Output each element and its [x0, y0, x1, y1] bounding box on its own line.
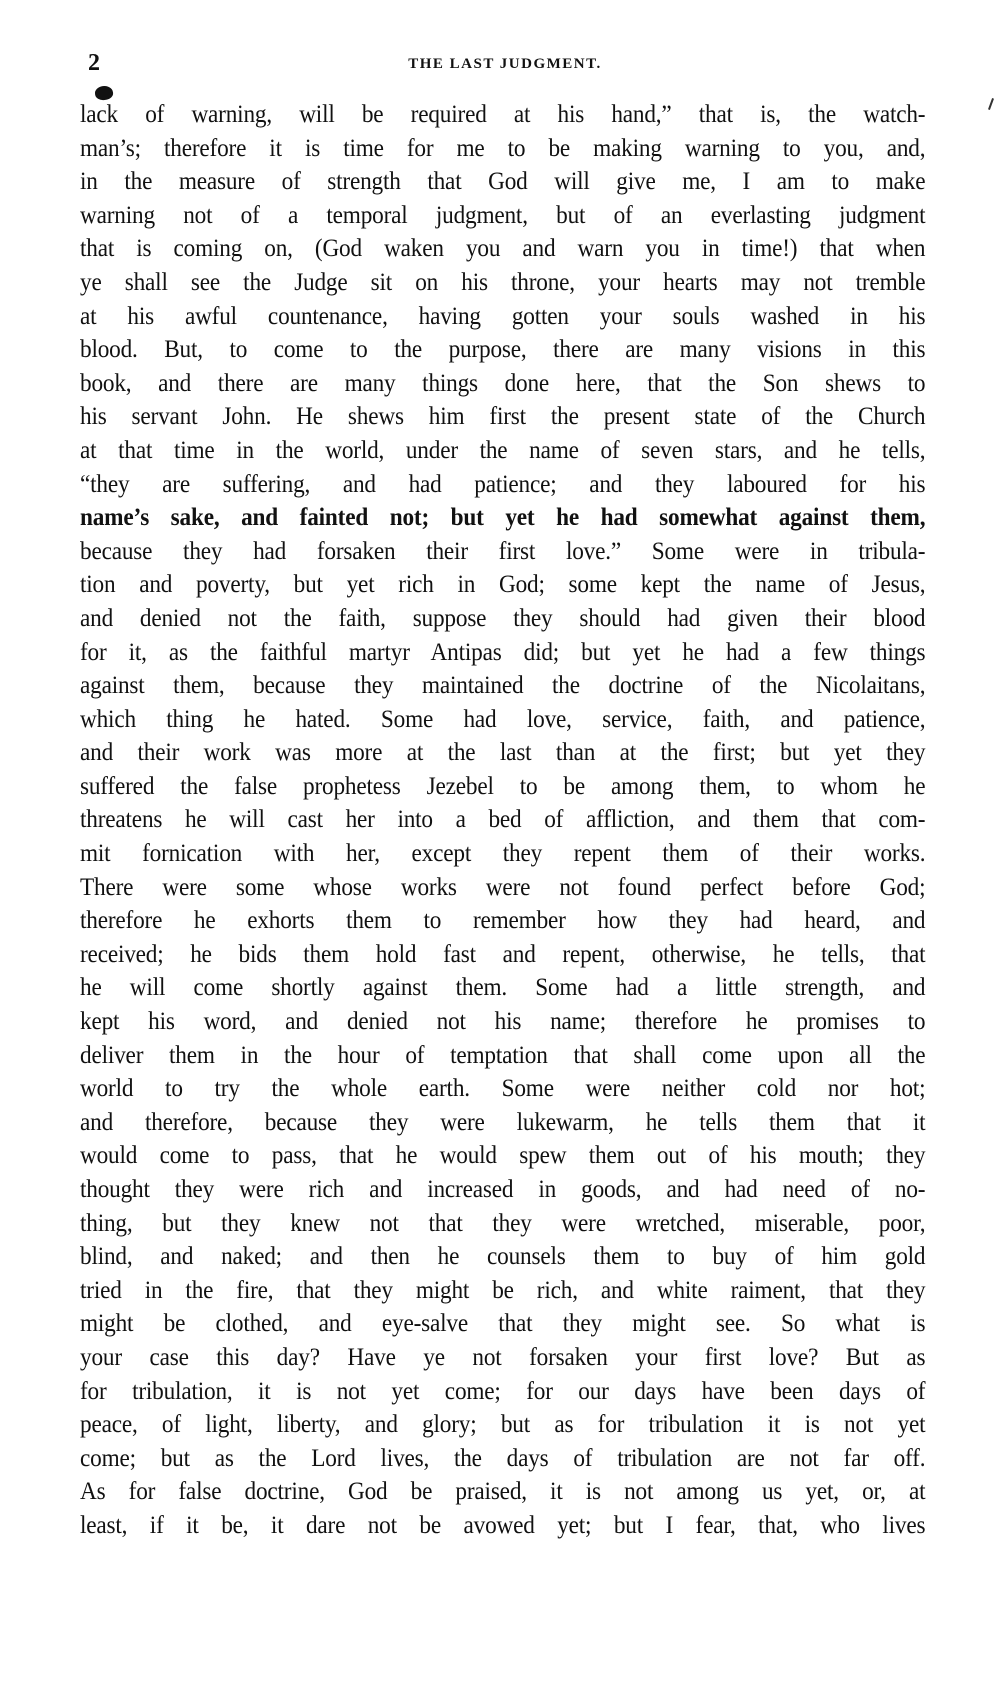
stray-pen-mark [988, 98, 994, 110]
body-text: lack of warning, will be required at his… [80, 98, 925, 1543]
text-line: which thing he hated. Some had love, ser… [80, 703, 925, 737]
text-line: “they are suffering, and had patience; a… [80, 468, 925, 502]
text-line: There were some whose works were not fou… [80, 871, 925, 905]
text-line: and their work was more at the last than… [80, 736, 925, 770]
text-line: for tribulation, it is not yet come; for… [80, 1375, 925, 1409]
book-page: 2 THE LAST JUDGMENT. lack of warning, wi… [0, 0, 1000, 1691]
text-line: book, and there are many things done her… [80, 367, 925, 401]
text-line: thought they were rich and increased in … [80, 1173, 925, 1207]
text-line: ye shall see the Judge sit on his throne… [80, 266, 925, 300]
text-line: would come to pass, that he would spew t… [80, 1139, 925, 1173]
text-line: mit fornication with her, except they re… [80, 837, 925, 871]
text-line: peace, of light, liberty, and glory; but… [80, 1408, 925, 1442]
text-line: against them, because they maintained th… [80, 669, 925, 703]
text-line: might be clothed, and eye-salve that the… [80, 1307, 925, 1341]
text-line: blood. But, to come to the purpose, ther… [80, 333, 925, 367]
text-line: tried in the fire, that they might be ri… [80, 1274, 925, 1308]
text-line: therefore he exhorts them to remember ho… [80, 904, 925, 938]
text-line: lack of warning, will be required at his… [80, 98, 925, 132]
text-line: and therefore, because they were lukewar… [80, 1106, 925, 1140]
text-line: tion and poverty, but yet rich in God; s… [80, 568, 925, 602]
text-line: man’s; therefore it is time for me to be… [80, 132, 925, 166]
text-line: that is coming on, (God waken you and wa… [80, 232, 925, 266]
text-line: suffered the false prophetess Jezebel to… [80, 770, 925, 804]
text-line: thing, but they knew not that they were … [80, 1207, 925, 1241]
text-line: blind, and naked; and then he counsels t… [80, 1240, 925, 1274]
text-line: and denied not the faith, suppose they s… [80, 602, 925, 636]
text-line: in the measure of strength that God will… [80, 165, 925, 199]
text-line: deliver them in the hour of temptation t… [80, 1039, 925, 1073]
text-line: his servant John. He shews him first the… [80, 400, 925, 434]
text-line: at his awful countenance, having gotten … [80, 300, 925, 334]
running-header: 2 THE LAST JUDGMENT. [80, 48, 930, 78]
text-line: for it, as the faithful martyr Antipas d… [80, 636, 925, 670]
text-line: because they had forsaken their first lo… [80, 535, 925, 569]
text-line: warning not of a temporal judgment, but … [80, 199, 925, 233]
text-line: at that time in the world, under the nam… [80, 434, 925, 468]
text-line: he will come shortly against them. Some … [80, 971, 925, 1005]
running-title: THE LAST JUDGMENT. [80, 52, 930, 76]
text-line: least, if it be, it dare not be avowed y… [80, 1509, 925, 1543]
text-line: your case this day? Have ye not forsaken… [80, 1341, 925, 1375]
text-line: come; but as the Lord lives, the days of… [80, 1442, 925, 1476]
text-line: threatens he will cast her into a bed of… [80, 803, 925, 837]
text-line: As for false doctrine, God be praised, i… [80, 1475, 925, 1509]
text-line: received; he bids them hold fast and rep… [80, 938, 925, 972]
text-line: world to try the whole earth. Some were … [80, 1072, 925, 1106]
text-line: kept his word, and denied not his name; … [80, 1005, 925, 1039]
text-line: name’s sake, and fainted not; but yet he… [80, 501, 925, 535]
